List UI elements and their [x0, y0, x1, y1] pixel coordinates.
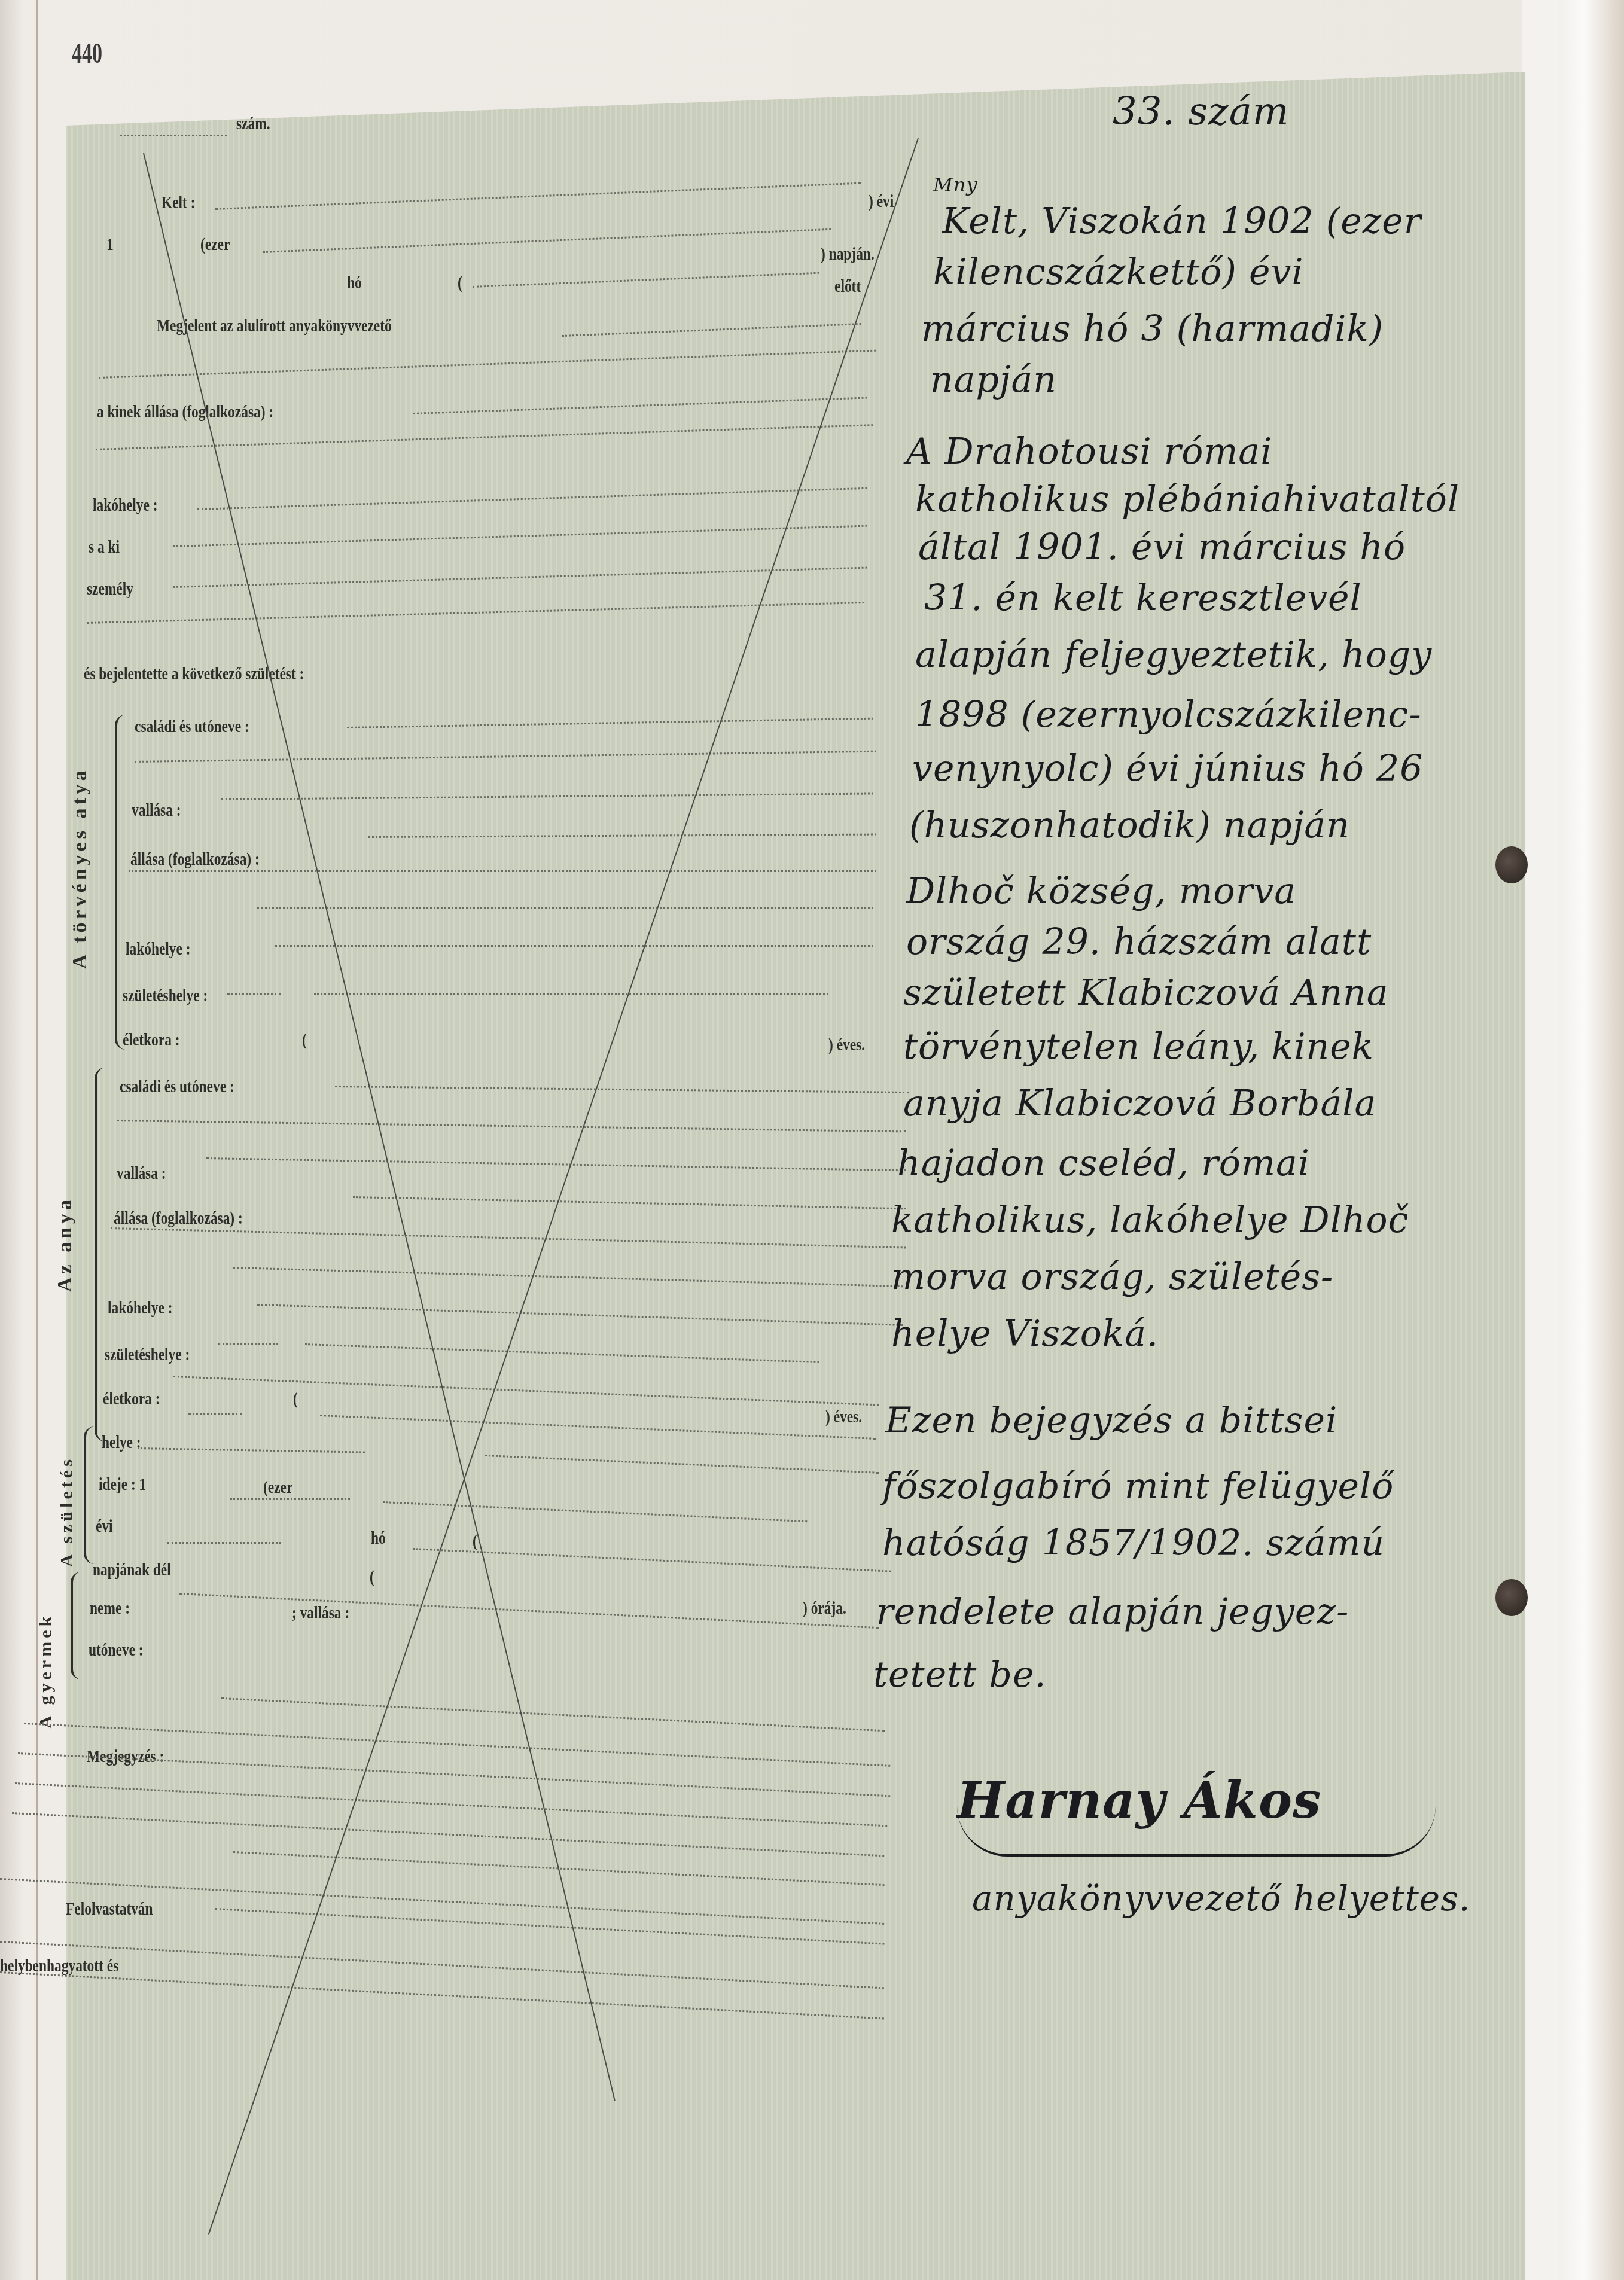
father-eves-label: ) éves.	[828, 1035, 865, 1055]
handwritten-line: kilencszázkettő) évi	[933, 251, 1304, 293]
handwritten-line: katholikus plébániahivataltól	[915, 478, 1460, 520]
handwritten-line: főszolgabíró mint felügyelő	[882, 1465, 1394, 1507]
page-edge-line	[36, 0, 38, 2280]
birth-noon-label: napjának dél	[93, 1560, 171, 1580]
napjan-label: ) napján.	[821, 244, 875, 264]
registrar-title: anyakönyvvezető helyettes.	[972, 1878, 1470, 1919]
birth-place-label: helye :	[102, 1432, 141, 1453]
handwritten-line: morva ország, születés-	[891, 1256, 1333, 1298]
kelt-label: Kelt :	[162, 193, 196, 213]
mother-eves-label: ) éves.	[825, 1407, 862, 1427]
entry-number: 33. szám	[1113, 90, 1290, 134]
handwritten-line: törvénytelen leány, kinek	[903, 1026, 1374, 1068]
handwritten-line: 1898 (ezernyolcszázkilenc-	[915, 694, 1422, 736]
handwritten-line: március hó 3 (harmadik)	[921, 308, 1384, 350]
handwritten-line: napján	[930, 359, 1057, 401]
birth-ho-label: hó	[371, 1528, 386, 1549]
birth-evi-label: évi	[96, 1516, 113, 1537]
handwritten-line: katholikus, lakóhelye Dlhoč	[891, 1199, 1409, 1241]
lakohelye-label: lakóhelye :	[93, 495, 158, 516]
father-age-short-line	[227, 993, 281, 995]
birth-date-label: ideje : 1	[99, 1474, 146, 1495]
szemely-label: személy	[87, 579, 133, 599]
birth-oraja-label: ) órája.	[803, 1598, 846, 1618]
ezer-label: (ezer	[200, 234, 230, 255]
book-right-edge	[1558, 0, 1624, 2280]
father-residence-line	[257, 907, 873, 909]
megjelent-label: Megjelent az alulírott anyakönyvvezető	[157, 316, 392, 336]
handwritten-line: született Klabiczová Anna	[903, 972, 1389, 1014]
mother-age-paren: (	[293, 1389, 298, 1409]
father-age-line	[314, 993, 828, 995]
margin-note: Mny	[933, 173, 977, 196]
handwritten-line: ország 29. házszám alatt	[906, 921, 1372, 963]
handwritten-line: Kelt, Viszokán 1902 (ezer	[942, 200, 1421, 242]
evi-label: ) évi	[869, 191, 894, 212]
elott-label: előtt	[834, 276, 861, 297]
mother-brace	[95, 1068, 105, 1441]
ho-label: hó	[347, 273, 362, 293]
child-sex-label: neme :	[90, 1598, 130, 1618]
mother-age-short-line	[218, 1343, 278, 1345]
father-age-paren: (	[302, 1030, 307, 1050]
szam-label: szám.	[236, 114, 270, 134]
handwritten-line: (huszonhatodik) napján	[909, 804, 1350, 846]
father-residence-label: lakóhelye :	[126, 939, 191, 959]
mother-name-label: családi és utóneve :	[120, 1077, 234, 1097]
birth-hour-paren: (	[370, 1567, 374, 1587]
father-name-label: családi és utóneve :	[135, 717, 249, 737]
father-birthplace-label: születéshelye :	[123, 986, 208, 1006]
birth-year-short-line	[188, 1413, 242, 1415]
handwritten-line: tetett be.	[873, 1654, 1047, 1696]
handwritten-line: Ezen bejegyzés a bittsei	[885, 1400, 1337, 1441]
handwritten-line: 31. én kelt keresztlevél	[924, 577, 1362, 619]
birth-ezer-label: (ezer	[263, 1477, 292, 1498]
punch-hole	[1495, 846, 1528, 883]
mother-age-label: életkora :	[103, 1389, 160, 1409]
signature-flourish	[957, 1806, 1436, 1857]
child-brace	[71, 1572, 81, 1679]
father-section-title: A törvényes atya	[69, 767, 92, 969]
child-section-title: A gyermek	[36, 1613, 56, 1729]
ho-paren: (	[458, 273, 462, 293]
saki-label: s a ki	[89, 537, 120, 557]
handwritten-line: alapján feljegyeztetik, hogy	[915, 634, 1432, 676]
handwritten-line: A Drahotousi római	[906, 431, 1272, 473]
page-right-margin	[1522, 0, 1558, 2280]
mother-religion-label: vallása :	[117, 1163, 166, 1184]
handwritten-line: anyja Klabiczová Borbála	[903, 1083, 1376, 1124]
handwritten-line: Dlhoč község, morva	[906, 870, 1296, 912]
child-sex-line	[167, 1542, 281, 1544]
page-number: 440	[72, 38, 102, 70]
birth-brace	[84, 1426, 95, 1564]
father-occupation-label: állása (foglalkozása) :	[130, 849, 260, 870]
mother-residence-label: lakóhelye :	[108, 1298, 173, 1318]
mother-birthplace-label: születéshelye :	[105, 1345, 190, 1365]
mother-occupation-label: állása (foglalkozása) :	[114, 1208, 243, 1229]
birth-section-title: A születés	[57, 1456, 77, 1567]
father-birthplace-line	[275, 945, 873, 947]
punch-hole	[1495, 1579, 1528, 1616]
allasa-label: a kinek állása (foglalkozása) :	[97, 402, 273, 422]
handwritten-line: által 1901. évi március hó	[918, 526, 1406, 568]
father-age-label: életkora :	[123, 1030, 180, 1050]
handwritten-line: helye Viszoká.	[891, 1313, 1159, 1355]
child-religion-label: ; vallása :	[292, 1603, 349, 1623]
child-firstname-label: utóneve :	[89, 1640, 144, 1660]
szam-line	[120, 135, 227, 136]
blank-line	[129, 870, 876, 872]
handwritten-line: venynyolc) évi június hó 26	[912, 748, 1423, 790]
handwritten-line: rendelete alapján jegyez-	[876, 1591, 1349, 1633]
handwritten-line: hajadon cseléd, római	[897, 1142, 1310, 1184]
read-aloud-label: Felolvastatván	[66, 1899, 153, 1919]
handwritten-line: hatóság 1857/1902. számú	[882, 1522, 1385, 1564]
birth-noon-short-line	[230, 1498, 350, 1500]
year-prefix: 1	[106, 234, 114, 255]
father-religion-label: vallása :	[132, 800, 181, 821]
mother-section-title: Az anya	[54, 1196, 77, 1292]
